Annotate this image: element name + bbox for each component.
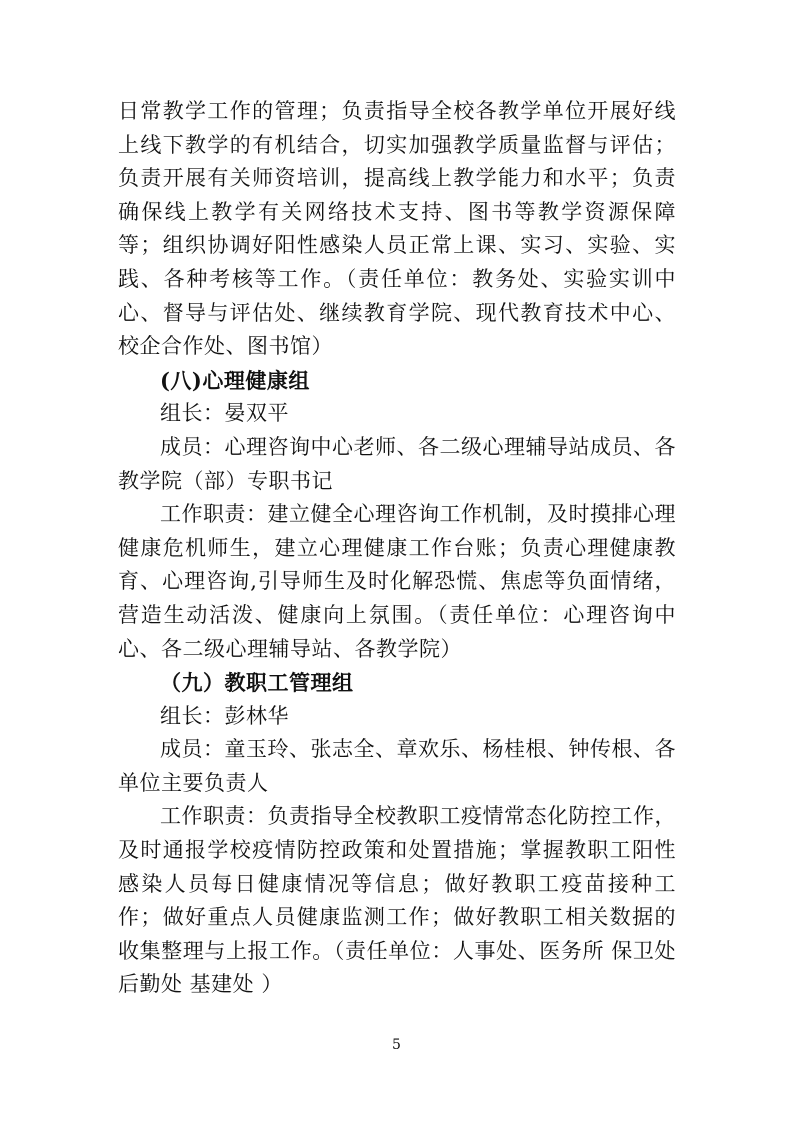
paragraph-mental-health-members: 成员：心理咨询中心老师、各二级心理辅导站成员、各教学院（部）专职书记 (118, 431, 676, 498)
paragraph-staff-management-members: 成员：童玉玲、张志全、章欢乐、杨桂根、钟传根、各单位主要负责人 (118, 733, 676, 800)
section-heading-staff-management-group: （九）教职工管理组 (118, 666, 676, 700)
section-heading-mental-health-group: (八)心理健康组 (118, 364, 676, 398)
document-content: 日常教学工作的管理；负责指导全校各教学单位开展好线上线下教学的有机结合，切实加强… (118, 95, 676, 1002)
paragraph-mental-health-duties: 工作职责：建立健全心理咨询工作机制，及时摸排心理健康危机师生，建立心理健康工作台… (118, 498, 676, 666)
document-page: 日常教学工作的管理；负责指导全校各教学单位开展好线上线下教学的有机结合，切实加强… (0, 0, 793, 1122)
paragraph-staff-management-duties: 工作职责：负责指导全校教职工疫情常态化防控工作，及时通报学校疫情防控政策和处置措… (118, 800, 676, 1002)
page-footer: 5 (0, 1035, 793, 1055)
paragraph-mental-health-leader: 组长：晏双平 (118, 397, 676, 431)
paragraph-staff-management-leader: 组长：彭林华 (118, 700, 676, 734)
page-number: 5 (392, 1037, 401, 1053)
paragraph-teaching-duties-continuation: 日常教学工作的管理；负责指导全校各教学单位开展好线上线下教学的有机结合，切实加强… (118, 95, 676, 364)
